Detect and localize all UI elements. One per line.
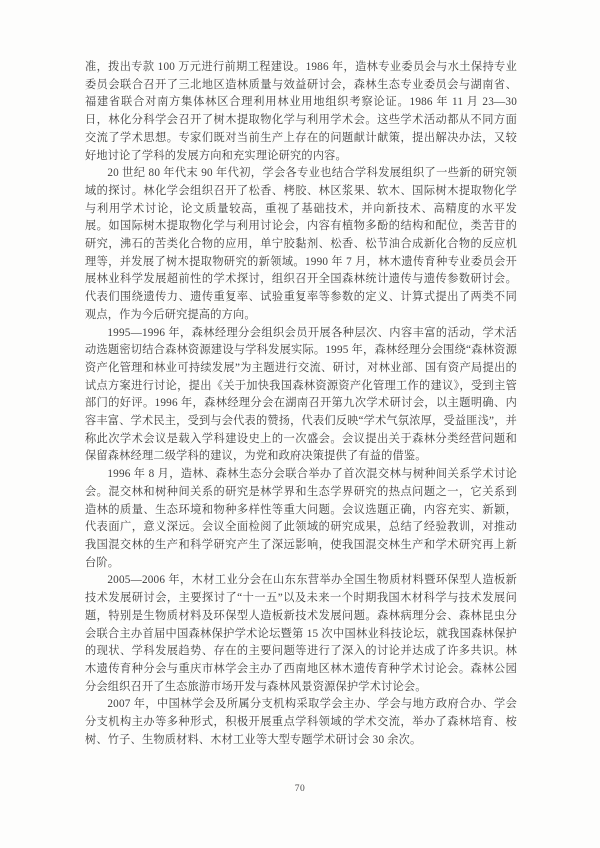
body-paragraph: 2005—2006 年，木材工业分会在山东东营举办全国生物质材料暨环保型人造板新…	[85, 572, 517, 696]
body-paragraph: 1996 年 8 月，造林、森林生态分会联合举办了首次混交林与树种间关系学术讨论…	[85, 466, 517, 572]
body-paragraph: 20 世纪 80 年代末 90 年代初，学会各专业也结合学科发展组织了一些新的研…	[85, 165, 517, 324]
document-page: 准，拨出专款 100 万元进行前期工程建设。1986 年，造林专业委员会与水土保…	[0, 0, 600, 848]
page-body: 准，拨出专款 100 万元进行前期工程建设。1986 年，造林专业委员会与水土保…	[85, 59, 517, 749]
page-number: 70	[0, 784, 600, 794]
body-paragraph: 准，拨出专款 100 万元进行前期工程建设。1986 年，造林专业委员会与水土保…	[85, 59, 517, 165]
body-paragraph: 1995—1996 年，森林经理分会组织会员开展各种层次、内容丰富的活动，学术活…	[85, 325, 517, 467]
body-paragraph: 2007 年，中国林学会及所属分支机构采取学会主办、学会与地方政府合办、学会分支…	[85, 696, 517, 749]
